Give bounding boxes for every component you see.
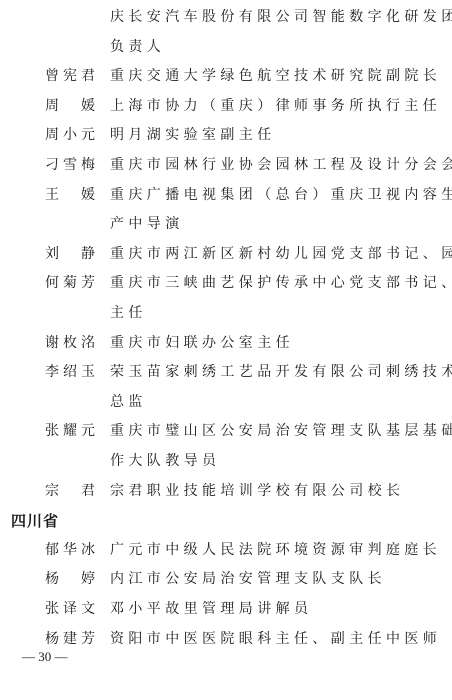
person-name: 王媛 [45, 180, 95, 210]
name-char: 雪 [63, 150, 77, 180]
name-char: 元 [81, 120, 95, 150]
name-char: 小 [63, 120, 77, 150]
name-char: 曾 [45, 61, 59, 91]
entry-line: 刘静重庆市两江新区新村幼儿园党支部书记、园长 [0, 239, 452, 269]
person-name: 杨婷 [45, 564, 95, 594]
name-char: 张 [45, 594, 59, 624]
name-char: 杨 [45, 564, 59, 594]
name-char: 李 [45, 357, 59, 387]
name-char: 芳 [81, 268, 95, 298]
name-char: 译 [63, 594, 77, 624]
name-char: 周 [45, 91, 59, 121]
position-text: 重庆市两江新区新村幼儿园党支部书记、园长 [110, 239, 452, 269]
name-char: 芳 [81, 624, 95, 654]
entry-line: 张译文邓小平故里管理局讲解员 [0, 594, 452, 624]
position-text: 负责人 [110, 32, 165, 62]
person-name: 何菊芳 [45, 268, 95, 298]
position-text: 作大队教导员 [110, 446, 220, 476]
position-text: 上海市协力（重庆）律师事务所执行主任 [110, 91, 441, 121]
name-char: 玉 [81, 357, 95, 387]
entry-line: 产中导演 [0, 209, 452, 239]
position-text: 明月湖实验室副主任 [110, 120, 276, 150]
position-text: 庆长安汽车股份有限公司智能数字化研发团队 [110, 2, 452, 32]
name-char: 枚 [63, 328, 77, 358]
entry-line: 宗君宗君职业技能培训学校有限公司校长 [0, 476, 452, 506]
position-text: 内江市公安局治安管理支队支队长 [110, 564, 386, 594]
entry-line: 郁华冰广元市中级人民法院环境资源审判庭庭长 [0, 535, 452, 565]
section-heading: 四川省 [11, 506, 59, 536]
name-char: 洺 [81, 328, 95, 358]
position-text: 产中导演 [110, 209, 184, 239]
name-char: 媛 [81, 180, 95, 210]
entry-line: 曾宪君重庆交通大学绿色航空技术研究院副院长 [0, 61, 452, 91]
name-char: 宗 [45, 476, 59, 506]
entry-line: 王媛重庆广播电视集团（总台）重庆卫视内容生 [0, 180, 452, 210]
entry-line: 杨婷内江市公安局治安管理支队支队长 [0, 564, 452, 594]
name-char: 宪 [63, 61, 77, 91]
person-name: 谢枚洺 [45, 328, 95, 358]
position-text: 重庆市妇联办公室主任 [110, 328, 294, 358]
name-char: 谢 [45, 328, 59, 358]
entry-line: 总监 [0, 387, 452, 417]
entry-line: 周小元明月湖实验室副主任 [0, 120, 452, 150]
name-char: 文 [81, 594, 95, 624]
name-char: 刘 [45, 239, 59, 269]
entry-line: 何菊芳重庆市三峡曲艺保护传承中心党支部书记、 [0, 268, 452, 298]
person-name: 张耀元 [45, 416, 95, 446]
position-text: 资阳市中医医院眼科主任、副主任中医师 [110, 624, 441, 654]
position-text: 重庆市璧山区公安局治安管理支队基层基础工 [110, 416, 452, 446]
name-char: 冰 [81, 535, 95, 565]
entry-line: 主任 [0, 298, 452, 328]
name-char: 君 [81, 476, 95, 506]
position-text: 邓小平故里管理局讲解员 [110, 594, 312, 624]
name-char: 媛 [81, 91, 95, 121]
position-text: 广元市中级人民法院环境资源审判庭庭长 [110, 535, 441, 565]
name-char: 郁 [45, 535, 59, 565]
position-text: 宗君职业技能培训学校有限公司校长 [110, 476, 404, 506]
name-char: 华 [63, 535, 77, 565]
document-page: 庆长安汽车股份有限公司智能数字化研发团队负责人曾宪君重庆交通大学绿色航空技术研究… [0, 0, 452, 700]
continued-entry-line: 负责人 [0, 32, 452, 62]
person-name: 曾宪君 [45, 61, 95, 91]
position-text: 重庆广播电视集团（总台）重庆卫视内容生 [110, 180, 452, 210]
person-name: 周小元 [45, 120, 95, 150]
continued-entry-line: 庆长安汽车股份有限公司智能数字化研发团队 [0, 2, 452, 32]
name-char: 周 [45, 120, 59, 150]
person-name: 宗君 [45, 476, 95, 506]
entry-line: 作大队教导员 [0, 446, 452, 476]
entry-line: 李绍玉荣玉苗家刺绣工艺品开发有限公司刺绣技术 [0, 357, 452, 387]
name-char: 君 [81, 61, 95, 91]
person-name: 郁华冰 [45, 535, 95, 565]
position-text: 重庆交通大学绿色航空技术研究院副院长 [110, 61, 441, 91]
name-char: 菊 [63, 268, 77, 298]
name-char: 刁 [45, 150, 59, 180]
name-char: 耀 [63, 416, 77, 446]
position-text: 重庆市园林行业协会园林工程及设计分会会长 [110, 150, 452, 180]
name-char: 何 [45, 268, 59, 298]
name-char: 婷 [81, 564, 95, 594]
person-name: 李绍玉 [45, 357, 95, 387]
position-text: 主任 [110, 298, 147, 328]
person-name: 张译文 [45, 594, 95, 624]
position-text: 总监 [110, 387, 147, 417]
entry-line: 谢枚洺重庆市妇联办公室主任 [0, 328, 452, 358]
page-number: — 30 — [22, 647, 68, 667]
name-char: 绍 [63, 357, 77, 387]
entry-line: 刁雪梅重庆市园林行业协会园林工程及设计分会会长 [0, 150, 452, 180]
name-char: 王 [45, 180, 59, 210]
entry-line: 张耀元重庆市璧山区公安局治安管理支队基层基础工 [0, 416, 452, 446]
name-char: 张 [45, 416, 59, 446]
name-char: 静 [81, 239, 95, 269]
position-text: 荣玉苗家刺绣工艺品开发有限公司刺绣技术 [110, 357, 452, 387]
position-text: 重庆市三峡曲艺保护传承中心党支部书记、 [110, 268, 452, 298]
person-name: 刁雪梅 [45, 150, 95, 180]
name-char: 梅 [81, 150, 95, 180]
person-name: 刘静 [45, 239, 95, 269]
person-name: 周媛 [45, 91, 95, 121]
name-char: 元 [81, 416, 95, 446]
entry-line: 周媛上海市协力（重庆）律师事务所执行主任 [0, 91, 452, 121]
